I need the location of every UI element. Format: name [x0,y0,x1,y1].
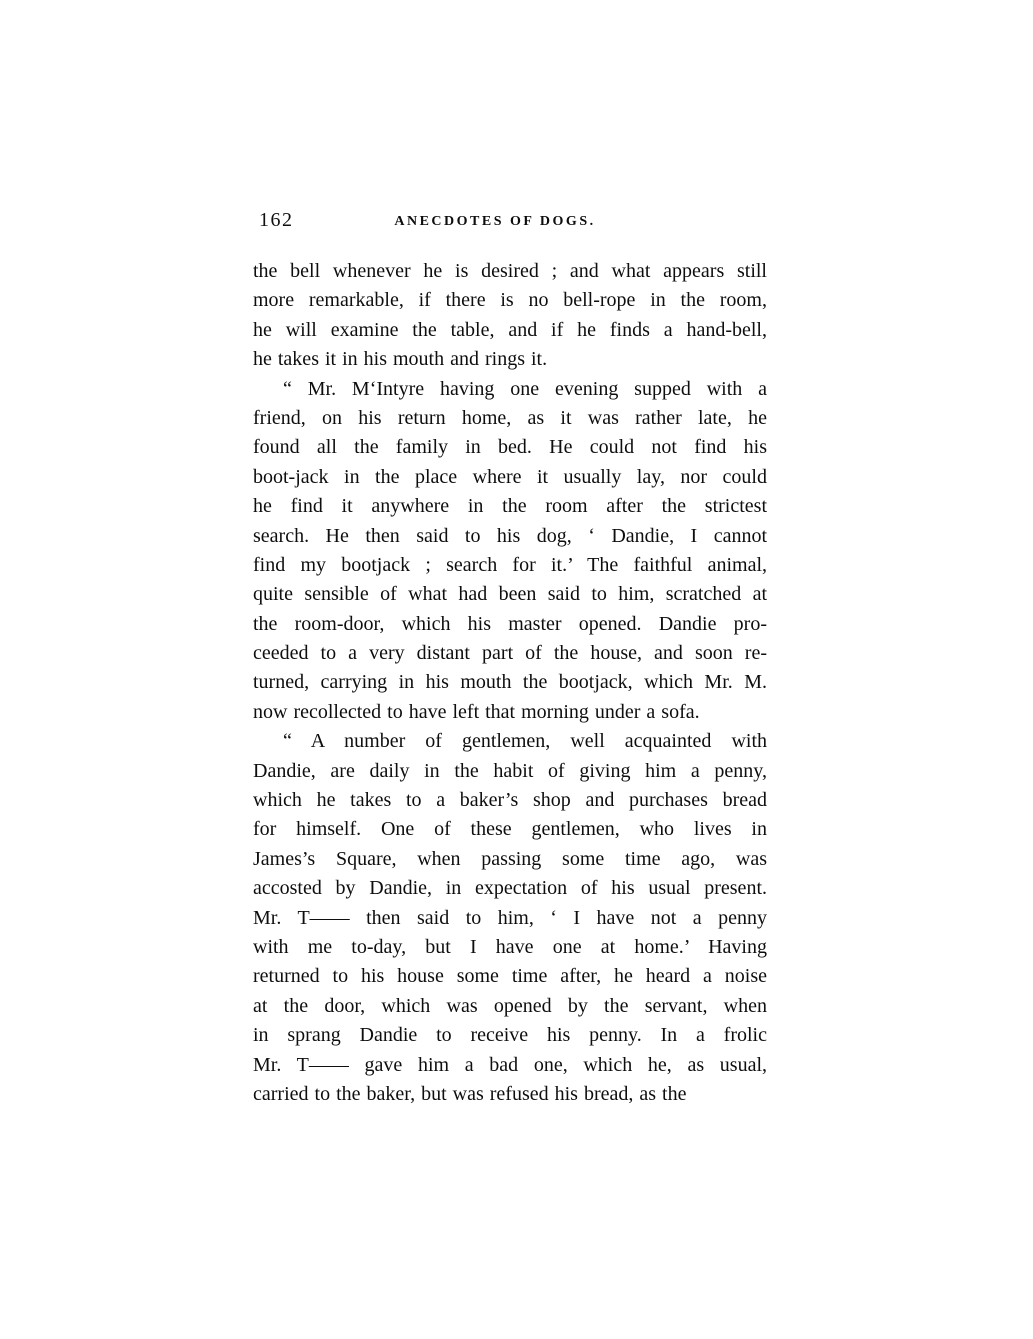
text-line: carried to the baker, but was refused hi… [253,1080,767,1109]
text-line: Mr. T—— then said to him, ‘ I have not a… [253,904,767,933]
page-text: the bell whenever he is desired ; and wh… [253,257,767,1109]
text-line: more remarkable, if there is no bell-rop… [253,286,767,315]
text-line: returned to his house some time after, h… [253,962,767,991]
paragraph: “ A number of gentlemen, well acquainted… [253,727,767,1109]
text-line: which he takes to a baker’s shop and pur… [253,786,767,815]
text-line: he will examine the table, and if he fin… [253,316,767,345]
paragraph: “ Mr. M‘Intyre having one evening supped… [253,375,767,728]
paragraph: the bell whenever he is desired ; and wh… [253,257,767,375]
text-line: “ Mr. M‘Intyre having one evening supped… [253,375,767,404]
running-title: ANECDOTES OF DOGS. [253,214,737,230]
text-line: turned, carrying in his mouth the bootja… [253,668,767,697]
text-line: now recollected to have left that mornin… [253,698,767,727]
book-page: 162 ANECDOTES OF DOGS. the bell whenever… [0,0,1033,1339]
text-line: ceeded to a very distant part of the hou… [253,639,767,668]
text-line: at the door, which was opened by the ser… [253,992,767,1021]
text-line: with me to-day, but I have one at home.’… [253,933,767,962]
running-header: 162 ANECDOTES OF DOGS. [253,208,767,236]
text-line: James’s Square, when passing some time a… [253,845,767,874]
text-line: find my bootjack ; search for it.’ The f… [253,551,767,580]
text-line: found all the family in bed. He could no… [253,433,767,462]
text-line: Dandie, are daily in the habit of giving… [253,757,767,786]
text-line: search. He then said to his dog, ‘ Dandi… [253,522,767,551]
text-line: the bell whenever he is desired ; and wh… [253,257,767,286]
text-line: in sprang Dandie to receive his penny. I… [253,1021,767,1050]
text-line: he find it anywhere in the room after th… [253,492,767,521]
text-line: boot-jack in the place where it usually … [253,463,767,492]
text-line: accosted by Dandie, in expectation of hi… [253,874,767,903]
text-line: quite sensible of what had been said to … [253,580,767,609]
text-line: friend, on his return home, as it was ra… [253,404,767,433]
text-line: for himself. One of these gentlemen, who… [253,815,767,844]
text-line: he takes it in his mouth and rings it. [253,345,767,374]
text-line: “ A number of gentlemen, well acquainted… [253,727,767,756]
text-line: Mr. T—— gave him a bad one, which he, as… [253,1051,767,1080]
text-line: the room-door, which his master opened. … [253,610,767,639]
